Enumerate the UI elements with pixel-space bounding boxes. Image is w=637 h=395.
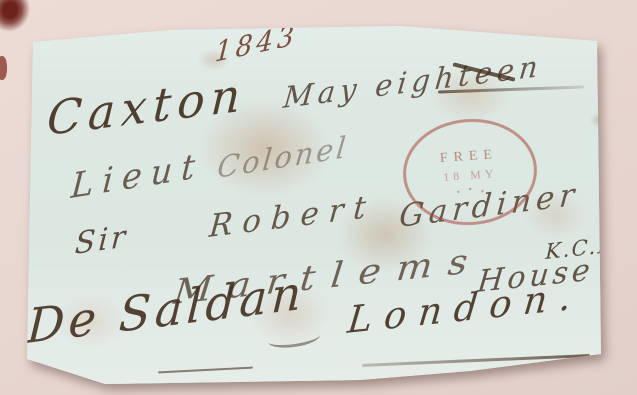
- handwritten-year: 1843: [214, 21, 299, 67]
- pen-squiggle: [267, 326, 321, 350]
- destination-underline: [362, 354, 590, 367]
- handwritten-rank-cont: Colonel: [216, 132, 350, 183]
- postmark-date-text: 18 MY: [443, 166, 498, 185]
- signature-underline: [158, 367, 253, 374]
- photo-background: 1843 Caxton May eighteen Lieut Colonel S…: [0, 0, 637, 395]
- postmark-dots: [454, 184, 489, 196]
- handwritten-post-town: Caxton: [46, 71, 247, 142]
- handwritten-date: May eighteen: [282, 52, 544, 113]
- handwritten-first-name: Robert: [208, 191, 377, 243]
- handwritten-frank-signature: De Saldan: [26, 269, 306, 351]
- envelope-front: 1843 Caxton May eighteen Lieut Colonel S…: [0, 0, 637, 395]
- handwritten-rank: Lieut: [70, 148, 205, 204]
- handwritten-title: Sir: [74, 222, 129, 260]
- envelope-shadow: 1843 Caxton May eighteen Lieut Colonel S…: [0, 0, 637, 395]
- postmark-free-text: FREE: [439, 147, 498, 167]
